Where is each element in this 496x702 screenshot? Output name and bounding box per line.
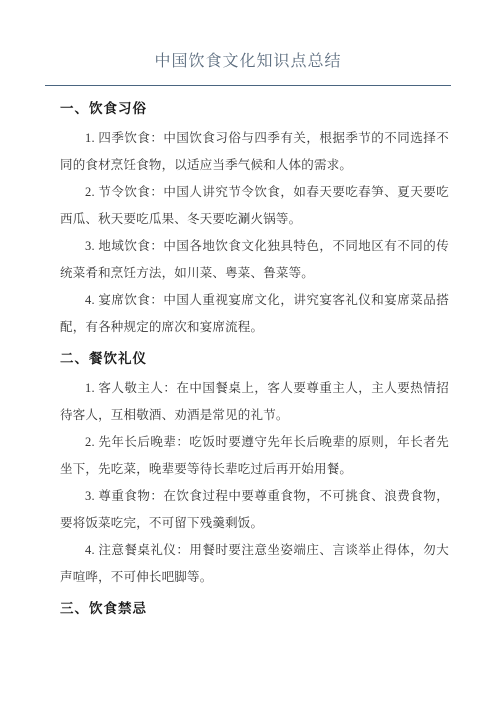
section-heading-dining-etiquette: 二、餐饮礼仪 (60, 350, 449, 368)
section-heading-food-customs: 一、饮食习俗 (60, 100, 449, 118)
title-divider (45, 85, 451, 86)
paragraph: 2. 先年长后晚辈：吃饭时要遵守先年长后晚辈的原则，年长者先坐下，先吃菜，晚辈要… (60, 429, 449, 483)
section-heading-dietary-taboos: 三、饮食禁忌 (60, 600, 449, 618)
page-title: 中国饮食文化知识点总结 (45, 50, 451, 74)
paragraph: 2. 节令饮食：中国人讲究节令饮食，如春天要吃春笋、夏天要吃西瓜、秋天要吃瓜果、… (60, 179, 449, 233)
paragraph: 1. 四季饮食：中国饮食习俗与四季有关，根据季节的不同选择不同的食材烹饪食物，以… (60, 125, 449, 179)
document-content: 中国饮食文化知识点总结 一、饮食习俗 1. 四季饮食：中国饮食习俗与四季有关，根… (0, 0, 496, 618)
paragraph: 3. 尊重食物：在饮食过程中要尊重食物，不可挑食、浪费食物，要将饭菜吃完，不可留… (60, 483, 449, 537)
paragraph: 4. 宴席饮食：中国人重视宴席文化，讲究宴客礼仪和宴席菜品搭配，有各种规定的席次… (60, 287, 449, 341)
paragraph: 4. 注意餐桌礼仪：用餐时要注意坐姿端庄、言谈举止得体，勿大声喧哗，不可伸长吧脚… (60, 537, 449, 591)
document-page: 中国饮食文化知识点总结 一、饮食习俗 1. 四季饮食：中国饮食习俗与四季有关，根… (0, 0, 496, 702)
document-body: 一、饮食习俗 1. 四季饮食：中国饮食习俗与四季有关，根据季节的不同选择不同的食… (60, 100, 449, 618)
paragraph: 1. 客人敬主人：在中国餐桌上，客人要尊重主人，主人要热情招待客人，互相敬酒、劝… (60, 375, 449, 429)
paragraph: 3. 地域饮食：中国各地饮食文化独具特色，不同地区有不同的传统菜肴和烹饪方法，如… (60, 233, 449, 287)
